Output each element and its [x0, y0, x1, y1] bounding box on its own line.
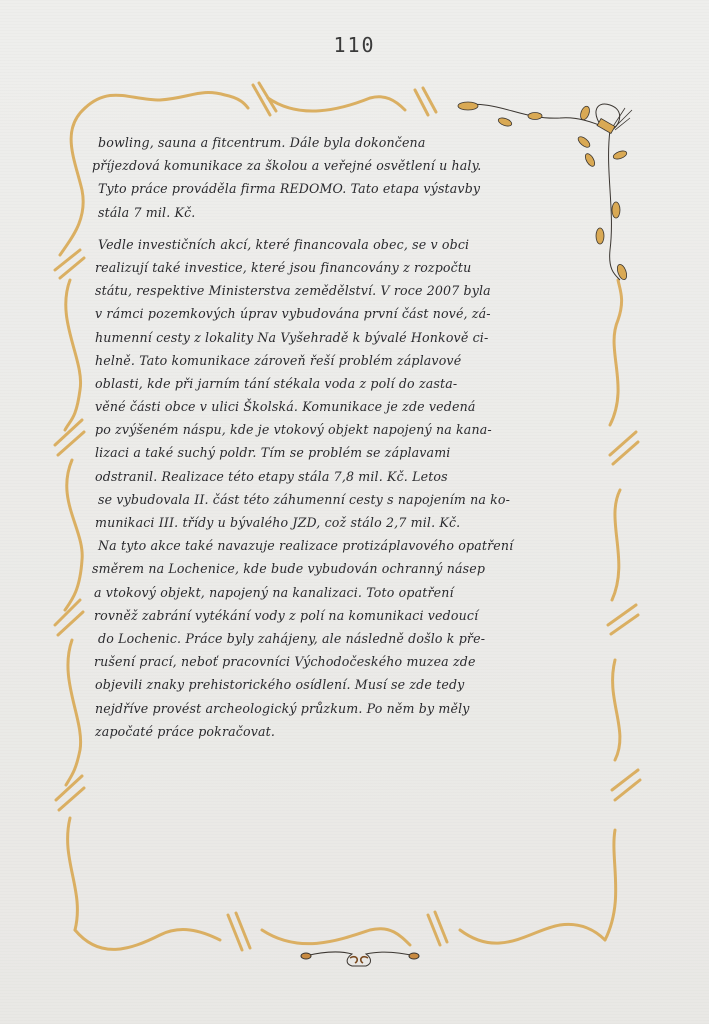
text-line: v rámci pozemkových úprav vybudována prv… [95, 302, 618, 325]
paragraph-1: bowling, sauna a fitcentrum. Dále byla d… [98, 131, 618, 224]
text-line: do Lochenic. Práce byly zahájeny, ale ná… [98, 627, 618, 650]
text-line: nejdříve provést archeologický průzkum. … [95, 697, 618, 720]
text-line: objevili znaky prehistorického osídlení.… [95, 673, 618, 696]
text-line: helně. Tato komunikace zároveň řeší prob… [95, 349, 618, 372]
text-line: bowling, sauna a fitcentrum. Dále byla d… [98, 131, 618, 154]
text-line: příjezdová komunikace za školou a veřejn… [92, 154, 618, 177]
text-line: po zvýšeném náspu, kde je vtokový objekt… [95, 418, 618, 441]
text-line: humenní cesty z lokality Na Vyšehradě k … [95, 326, 618, 349]
text-line: směrem na Lochenice, kde bude vybudován … [92, 557, 618, 580]
text-line: Na tyto akce také navazuje realizace pro… [98, 534, 618, 557]
handwritten-text-block: bowling, sauna a fitcentrum. Dále byla d… [98, 131, 618, 743]
text-line: lizaci a také suchý poldr. Tím se problé… [95, 441, 618, 464]
paragraph-2: Vedle investičních akcí, které financova… [98, 233, 618, 743]
text-line: Vedle investičních akcí, které financova… [98, 233, 618, 256]
text-line: a vtokový objekt, napojený na kanalizaci… [94, 581, 618, 604]
text-line: stála 7 mil. Kč. [98, 201, 618, 224]
text-line: realizují také investice, které jsou fin… [95, 256, 618, 279]
text-line: oblasti, kde při jarním tání stékala vod… [95, 372, 618, 395]
text-line: se vybudovala II. část této záhumenní ce… [98, 488, 618, 511]
text-line: započaté práce pokračovat. [95, 720, 618, 743]
text-line: rovněž zabrání vytékání vody z polí na k… [94, 604, 618, 627]
scroll-flourish-icon [301, 952, 419, 966]
text-line: odstranil. Realizace této etapy stála 7,… [95, 465, 618, 488]
text-line: státu, respektive Ministerstva zemědělst… [95, 279, 618, 302]
text-line: věné části obce v ulici Školská. Komunik… [95, 395, 618, 418]
text-line: Tyto práce prováděla firma REDOMO. Tato … [98, 177, 618, 200]
text-line: rušení prací, neboť pracovníci Východoče… [94, 650, 618, 673]
text-line: munikaci III. třídy u bývalého JZD, což … [95, 511, 618, 534]
